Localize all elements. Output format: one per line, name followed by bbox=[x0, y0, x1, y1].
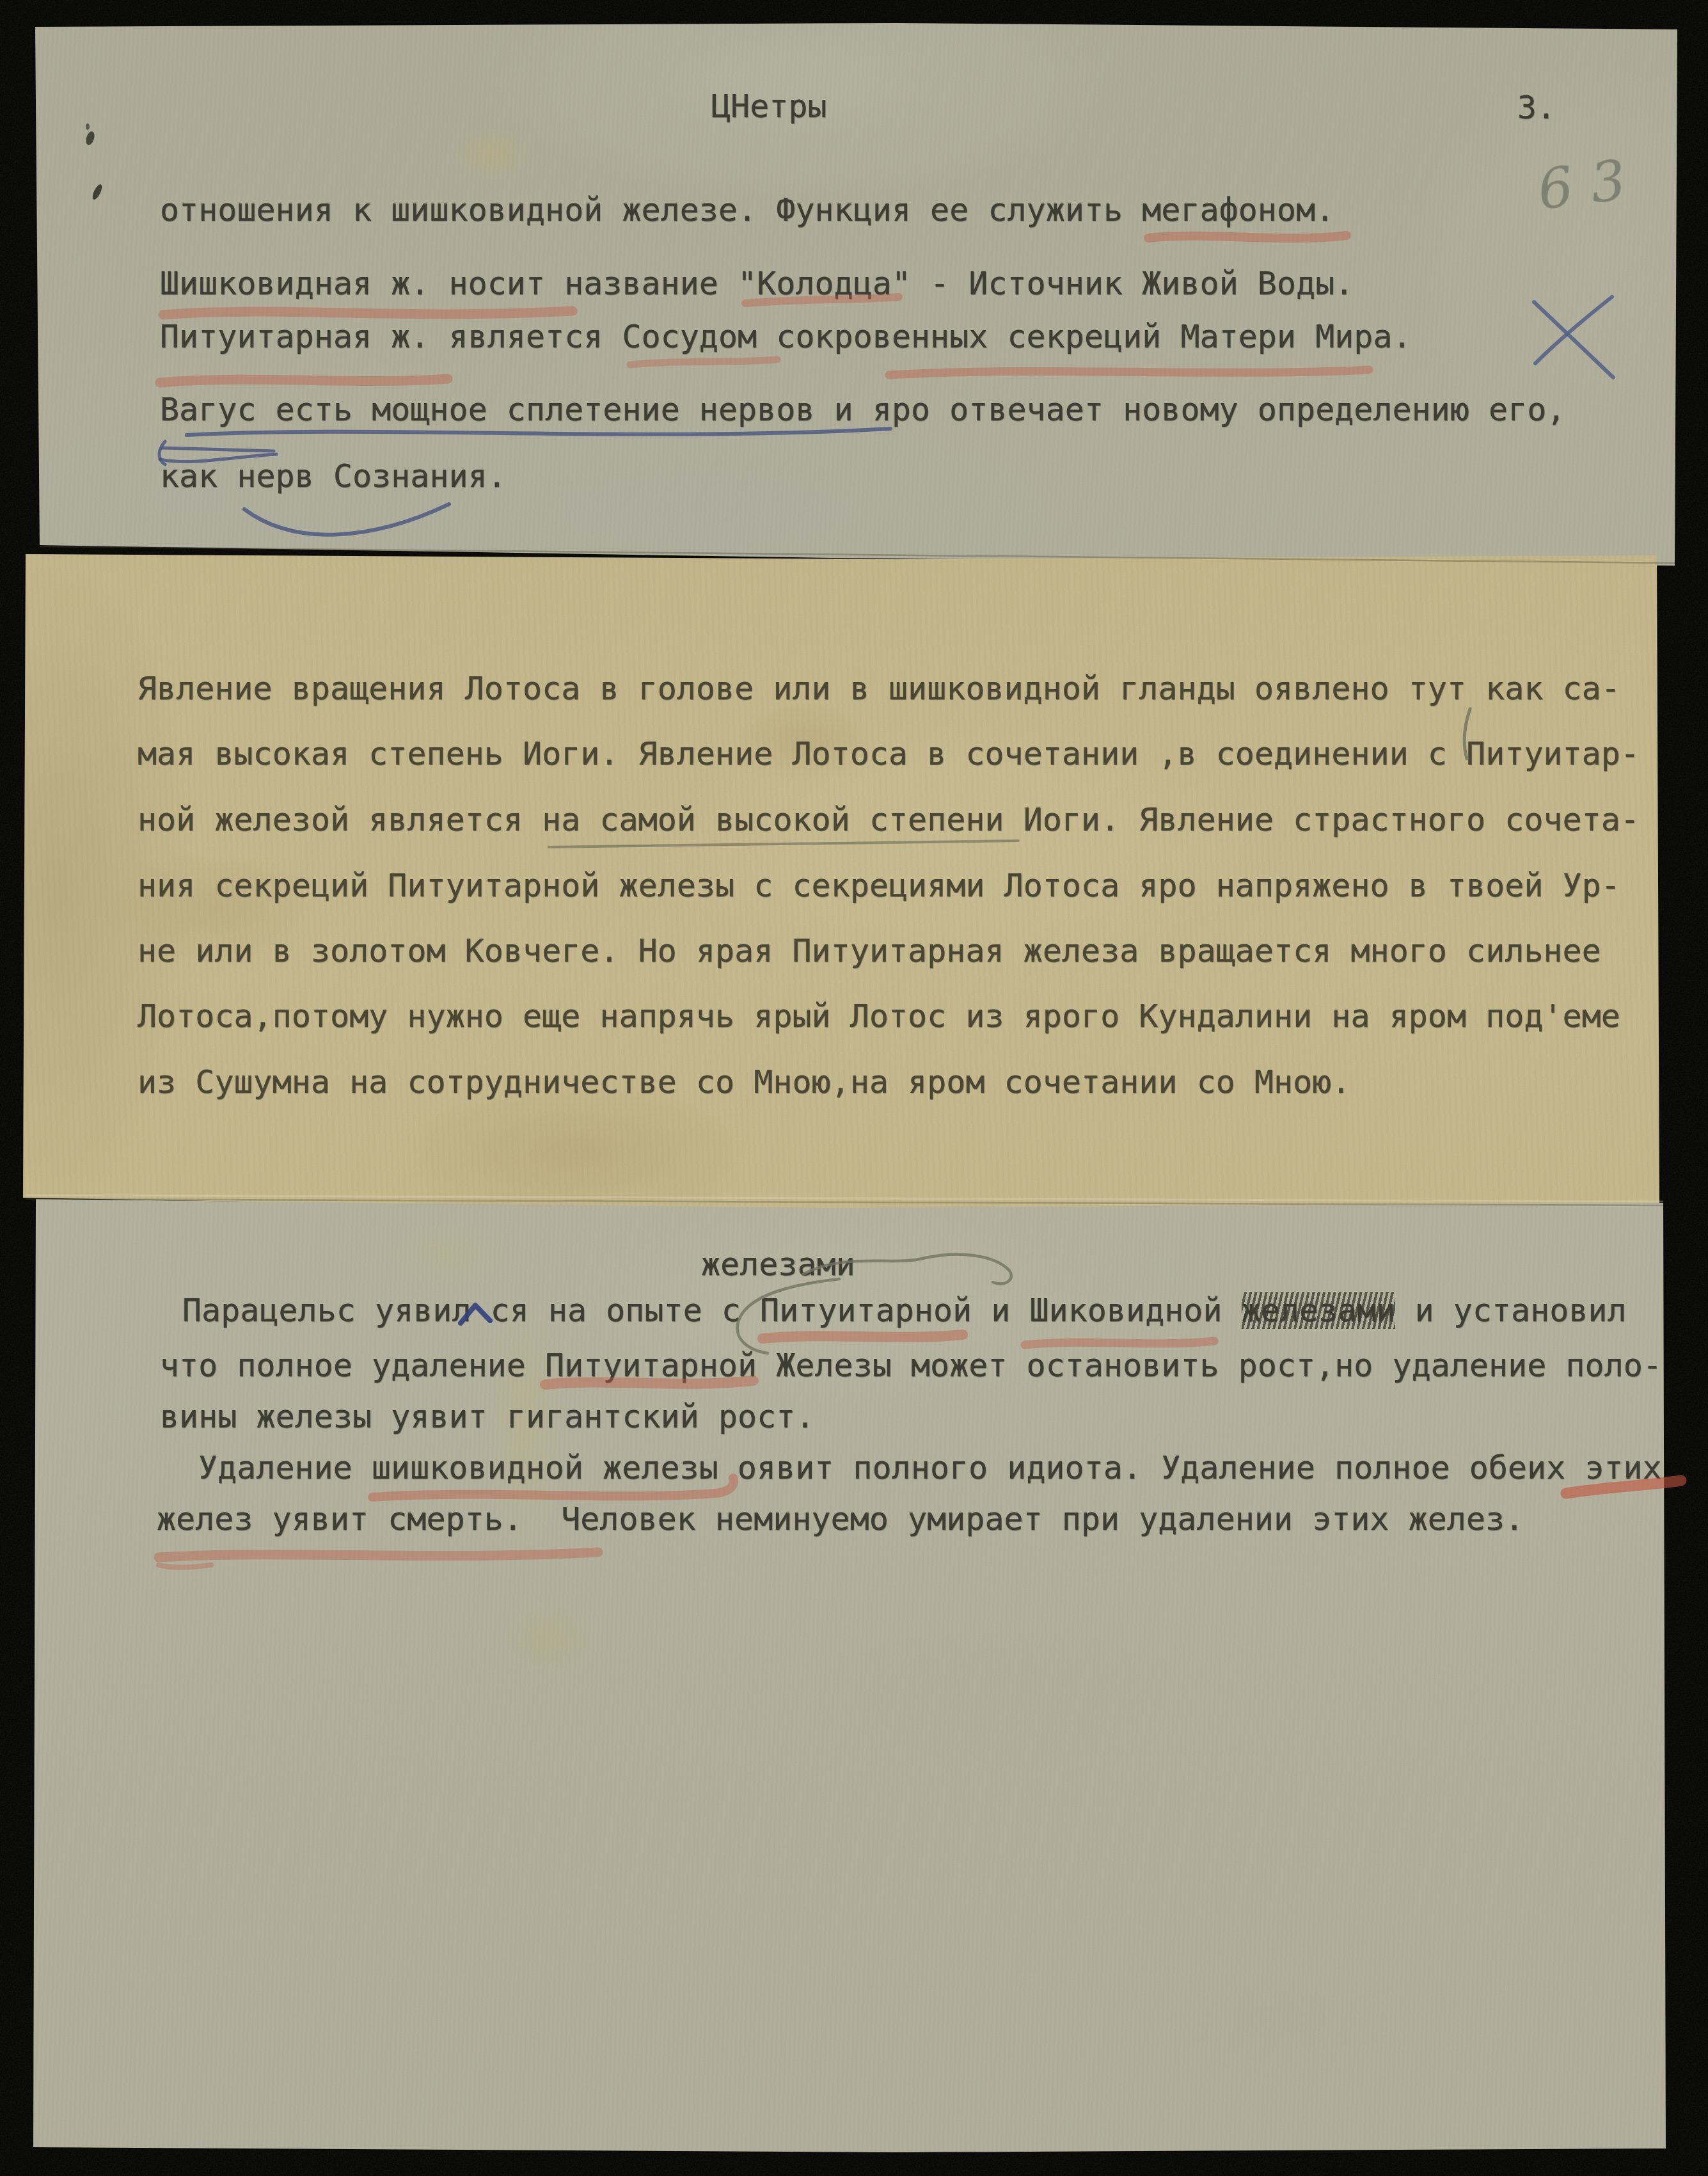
struck-out-word: железами bbox=[1242, 1292, 1396, 1329]
typed-line: Лотоса,потому нужно еще напрячь ярый Лот… bbox=[138, 998, 1620, 1035]
page-title: ЦНетры bbox=[711, 88, 827, 125]
typed-line: что полное удаление Питуитарной Железы м… bbox=[160, 1347, 1662, 1385]
typed-line: желез уявит смерть. Человек неминуемо ум… bbox=[157, 1501, 1524, 1538]
typed-line: Вагус есть мощное сплетение нервов и яро… bbox=[160, 392, 1566, 429]
typed-line: ния секреций Питуитарной железы с секрец… bbox=[138, 868, 1620, 905]
scanned-document-page: ЦНетры 3. 63 отношения к шишковидной жел… bbox=[0, 0, 1708, 2176]
typed-line: мая высокая степень Иоги. Явление Лотоса… bbox=[138, 736, 1640, 773]
typed-line: как нерв Сознания. bbox=[160, 458, 507, 495]
typed-line: отношения к шишковидной железе. Функция … bbox=[160, 192, 1334, 229]
typed-line: ной железой является на самой высокой ст… bbox=[138, 802, 1640, 839]
typed-line-with-strikeout: Парацельс уявил ся на опыте с Питуитарно… bbox=[182, 1292, 1627, 1330]
handwritten-folio-number: 63 bbox=[1535, 146, 1647, 222]
typed-line: из Сушумна на сотрудничестве со Мною,на … bbox=[138, 1064, 1350, 1101]
typed-line: Удаление шишковидной железы оявит полног… bbox=[198, 1450, 1662, 1487]
typed-text: Парацельс уявил ся на опыте с Питуитарно… bbox=[182, 1292, 1242, 1329]
typed-line: Шишковидная ж. носит название "Колодца" … bbox=[160, 266, 1354, 303]
typed-line: Питуитарная ж. является Сосудом сокровен… bbox=[160, 319, 1412, 356]
typed-insertion-word: железами bbox=[701, 1246, 855, 1283]
page-number: 3. bbox=[1517, 90, 1556, 127]
typed-line: вины железы уявит гигантский рост. bbox=[160, 1399, 815, 1436]
typed-line: не или в золотом Ковчеге. Но ярая Питуит… bbox=[138, 933, 1601, 970]
typed-text: и установил bbox=[1395, 1292, 1626, 1329]
typed-line: Явление вращения Лотоса в голове или в ш… bbox=[138, 671, 1620, 708]
